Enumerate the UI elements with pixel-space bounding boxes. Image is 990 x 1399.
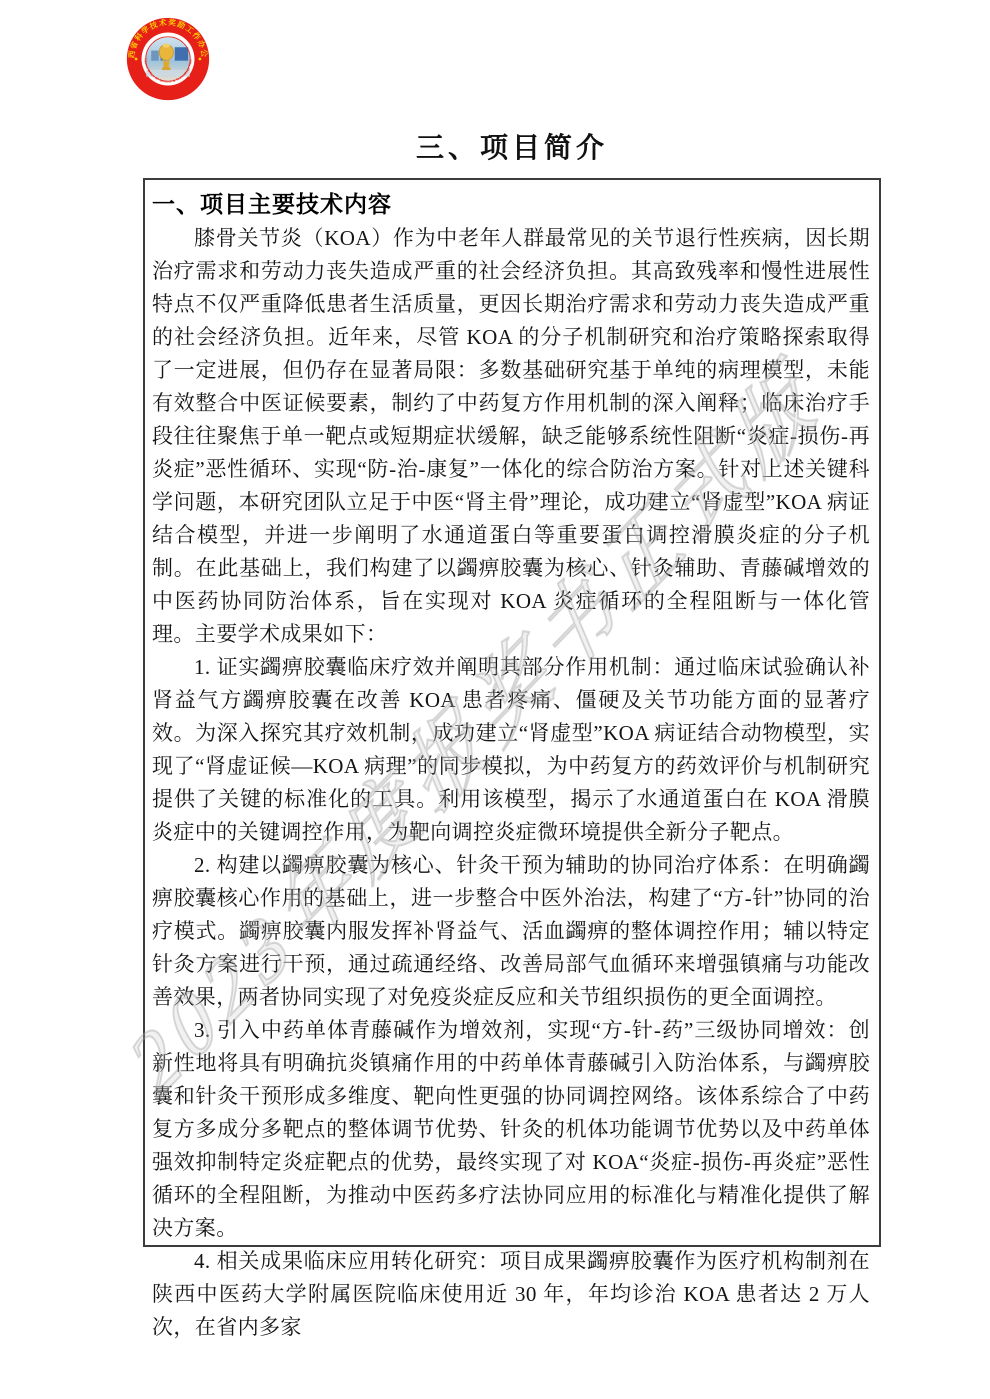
body-paragraph: 1. 证实蠲痹胶囊临床疗效并阐明其部分作用机制：通过临床试验确认补肾益气方蠲痹胶… — [152, 651, 870, 849]
section-heading: 一、项目主要技术内容 — [152, 186, 870, 222]
body-paragraph: 4. 相关成果临床应用转化研究：项目成果蠲痹胶囊作为医疗机构制剂在陕西中医药大学… — [152, 1245, 870, 1344]
page-title: 三、项目简介 — [143, 126, 881, 166]
seal-right-star — [199, 58, 202, 61]
body-paragraph: 膝骨关节炎（KOA）作为中老年人群最常见的关节退行性疾病，因长期治疗需求和劳动力… — [152, 222, 870, 651]
document-page: 陕西省科学技术奖励工作办公室 Shaanxi Office Of Science… — [0, 0, 990, 1399]
section-body: 膝骨关节炎（KOA）作为中老年人群最常见的关节退行性疾病，因长期治疗需求和劳动力… — [152, 222, 870, 1344]
body-paragraph: 2. 构建以蠲痹胶囊为核心、针灸干预为辅助的协同治疗体系：在明确蠲痹胶囊核心作用… — [152, 849, 870, 1014]
seal-left-star — [135, 58, 138, 61]
body-paragraph: 3. 引入中药单体青藤碱作为增效剂，实现“方-针-药”三级协同增效：创新性地将具… — [152, 1014, 870, 1245]
organization-seal-logo: 陕西省科学技术奖励工作办公室 Shaanxi Office Of Science… — [126, 17, 210, 101]
project-summary-box: 一、项目主要技术内容 膝骨关节炎（KOA）作为中老年人群最常见的关节退行性疾病，… — [143, 178, 881, 1247]
seal-logo-graphic: 陕西省科学技术奖励工作办公室 Shaanxi Office Of Science… — [126, 17, 210, 101]
